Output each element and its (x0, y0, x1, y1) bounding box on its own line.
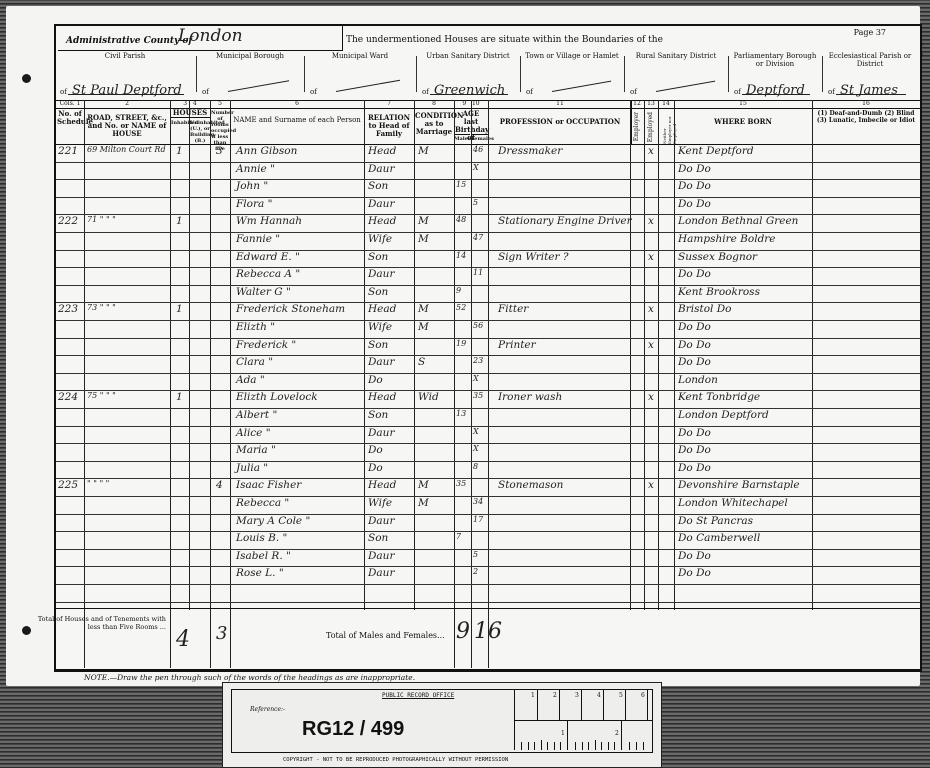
table-row: Clara "DaurS23Do Do (56, 355, 920, 374)
table-row: Frederick "Son19PrinterxDo Do (56, 338, 920, 357)
cell-rel: Daur (368, 515, 394, 527)
cell-rel: Head (368, 479, 396, 491)
col-schedule: Cols. 1 No. of Schedule (56, 100, 85, 144)
cell-cond: M (418, 497, 429, 509)
tenements-total: 3 (216, 623, 227, 644)
cell-cond: M (418, 479, 429, 491)
cell-cond: M (418, 233, 429, 245)
cell-sched: 225 (58, 479, 78, 491)
cell-born: Do St Pancras (678, 515, 753, 527)
cell-name: Mary A Cole " (236, 515, 310, 527)
cell-born: Do Do (678, 567, 711, 579)
cell-name: Edward E. " (236, 251, 300, 263)
cell-female: 5 (473, 198, 478, 207)
cell-rel: Head (368, 145, 396, 157)
cell-name: Ann Gibson (236, 145, 297, 157)
cell-name: Frederick Stoneham (236, 303, 345, 315)
cell-address: 71 " " " (87, 215, 116, 224)
table-row: Flora "Daur5Do Do (56, 197, 920, 216)
cell-name: Louis B. " (236, 532, 287, 544)
cell-born: Do Do (678, 444, 711, 456)
cell-born: Do Do (678, 163, 711, 175)
cell-occ: Stonemason (498, 479, 563, 491)
table-row: 22169 Milton Court Rd13Ann GibsonHeadM46… (56, 144, 920, 163)
cell-occ: Ironer wash (498, 391, 562, 403)
cell-rel: Daur (368, 427, 394, 439)
cell-rel: Daur (368, 268, 394, 280)
females-total: 16 (474, 619, 502, 644)
table-row: Maria "DoXDo Do (56, 443, 920, 462)
cell-emp: x (648, 479, 654, 491)
cell-female: X (473, 374, 479, 383)
table-row: Rebecca A "Daur11Do Do (56, 267, 920, 286)
cell-born: Do Camberwell (678, 532, 760, 544)
cell-born: Kent Tonbridge (678, 391, 760, 403)
punch-hole (22, 74, 31, 83)
table-row: Mary A Cole "Daur17Do St Pancras (56, 514, 920, 533)
cell-female: 34 (473, 497, 483, 506)
cell-inhab: 1 (176, 391, 183, 403)
cell-address: 73 " " " (87, 303, 116, 312)
cell-born: London Deptford (678, 409, 769, 421)
form-header: Administrative County of London The unde… (56, 26, 920, 52)
cell-cond: M (418, 145, 429, 157)
males-total: 9 (456, 619, 470, 644)
division-civil-parish: Civil Parish of St Paul Deptford (56, 52, 194, 100)
division-municipal-ward: Municipal Ward of (306, 52, 414, 100)
cell-male: 48 (456, 215, 466, 224)
cell-male: 35 (456, 479, 466, 488)
table-row: Rebecca "WifeM34London Whitechapel (56, 496, 920, 515)
cell-name: Flora " (236, 198, 272, 210)
cell-name: Ada " (236, 374, 265, 386)
cell-name: Rebecca A " (236, 268, 300, 280)
cell-occ: Printer (498, 339, 536, 351)
intro-text: The undermentioned Houses are situate wi… (346, 35, 663, 45)
cell-address: 69 Milton Court Rd (87, 145, 166, 154)
cell-female: 17 (473, 515, 483, 524)
cell-occ: Sign Writer ? (498, 251, 569, 263)
cell-cond: M (418, 303, 429, 315)
division-urban-sanitary-district: Urban Sanitary District of Greenwich (418, 52, 518, 100)
table-row: 22373 " " "1Frederick StonehamHeadM52Fit… (56, 302, 920, 321)
cell-rel: Do (368, 444, 383, 456)
cell-rel: Daur (368, 567, 394, 579)
cell-inhab: 1 (176, 145, 183, 157)
cell-female: 47 (473, 233, 483, 242)
cell-address: " " " " (87, 479, 109, 488)
table-row: Edward E. "Son14Sign Writer ?xSussex Bog… (56, 250, 920, 269)
cell-female: 23 (473, 356, 483, 365)
houses-total: 4 (176, 627, 190, 652)
cell-name: Elizth " (236, 321, 275, 333)
cell-rel: Head (368, 391, 396, 403)
table-row: Albert "Son13London Deptford (56, 408, 920, 427)
males-females-total-label: Total of Males and Females... (326, 631, 445, 640)
archive-office: PUBLIC RECORD OFFICE (382, 692, 454, 699)
cell-female: 5 (473, 550, 478, 559)
table-row: Walter G "Son9Kent Brookross (56, 285, 920, 304)
cell-inhab: 1 (176, 303, 183, 315)
cell-sched: 224 (58, 391, 78, 403)
cell-female: X (473, 163, 479, 172)
cell-name: Annie " (236, 163, 275, 175)
cell-name: Elizth Lovelock (236, 391, 318, 403)
division-municipal-borough: Municipal Borough of (198, 52, 302, 100)
cell-rel: Son (368, 409, 388, 421)
cell-rel: Daur (368, 550, 394, 562)
col-neither: 14 Neither Employer nor Employed (658, 100, 675, 144)
totals-row: Total of Houses and of Tenements with le… (56, 608, 920, 669)
col-where-born: 15 WHERE BORN (674, 100, 813, 144)
cell-born: Do Do (678, 462, 711, 474)
table-row: Fannie "WifeM47Hampshire Boldre (56, 232, 920, 251)
col-address: 2 ROAD, STREET, &c., and No. or NAME of … (84, 100, 171, 144)
cell-name: Fannie " (236, 233, 280, 245)
table-row: Alice "DaurXDo Do (56, 426, 920, 445)
division-town-village: Town or Village or Hamlet of (522, 52, 622, 100)
cell-male: 9 (456, 286, 461, 295)
cell-name: Clara " (236, 356, 273, 368)
table-row: Annie "DaurXDo Do (56, 162, 920, 181)
reference-label: Reference:- (250, 706, 285, 713)
col-employer: 12 Employer (630, 100, 645, 144)
col-employed: 13 Employed (644, 100, 659, 144)
cell-female: 11 (473, 268, 483, 277)
cell-born: Do Do (678, 180, 711, 192)
admin-county-value: London (178, 26, 243, 46)
cell-rel: Do (368, 462, 383, 474)
cell-name: Wm Hannah (236, 215, 302, 227)
cell-rel: Son (368, 251, 388, 263)
cell-born: Do Do (678, 427, 711, 439)
cell-born: Kent Brookross (678, 286, 760, 298)
cell-emp: x (648, 215, 654, 227)
cell-address: 75 " " " (87, 391, 116, 400)
cell-name: Albert " (236, 409, 277, 421)
cell-sched: 221 (58, 145, 78, 157)
cell-born: Do Do (678, 356, 711, 368)
archive-reference-strip: PUBLIC RECORD OFFICE Reference:- RG12 / … (222, 682, 662, 768)
cell-born: Do Do (678, 198, 711, 210)
division-rural-sanitary-district: Rural Sanitary District of (626, 52, 726, 100)
copyright-notice: COPYRIGHT - NOT TO BE REPRODUCED PHOTOGR… (283, 757, 508, 763)
admin-county: Administrative County of London (58, 26, 343, 51)
col-houses: 3 4 HOUSES Inhabited Uninhabited (U.), o… (170, 100, 211, 144)
cell-born: Hampshire Boldre (678, 233, 776, 245)
cell-male: 13 (456, 409, 466, 418)
division-parliamentary-borough: Parliamentary Borough or Division of Dep… (730, 52, 820, 100)
cell-male: 52 (456, 303, 466, 312)
cell-rel: Daur (368, 198, 394, 210)
cell-cond: S (418, 356, 425, 368)
cell-male: 19 (456, 339, 466, 348)
cell-born: London Whitechapel (678, 497, 788, 509)
cell-cond: Wid (418, 391, 439, 403)
cell-name: Julia " (236, 462, 268, 474)
cell-born: London Bethnal Green (678, 215, 798, 227)
cell-emp: x (648, 303, 654, 315)
admin-county-label: Administrative County of (66, 36, 192, 46)
table-row: 22475 " " "1Elizth LovelockHeadWid35Iron… (56, 390, 920, 409)
cell-name: Rebecca " (236, 497, 289, 509)
col-rooms: 5 Number of rooms occupied if less than … (210, 100, 231, 144)
cell-female: X (473, 444, 479, 453)
cell-emp: x (648, 145, 654, 157)
cell-rel: Do (368, 374, 383, 386)
cell-rel: Daur (368, 163, 394, 175)
cell-name: Alice " (236, 427, 271, 439)
table-row: Elizth "WifeM56Do Do (56, 320, 920, 339)
census-form: Administrative County of London The unde… (54, 24, 922, 672)
table-row: Rose L. "Daur2Do Do (56, 566, 920, 585)
cell-born: Do Do (678, 268, 711, 280)
cell-sched: 222 (58, 215, 78, 227)
division-ecclesiastical-parish: Ecclesiastical Parish or District of St … (824, 52, 916, 100)
reference-number: RG12 / 499 (302, 718, 404, 741)
cell-rel: Son (368, 532, 388, 544)
cell-name: Isabel R. " (236, 550, 291, 562)
cell-female: 35 (473, 391, 483, 400)
cell-rel: Daur (368, 356, 394, 368)
cell-born: Devonshire Barnstaple (678, 479, 800, 491)
cell-name: Maria " (236, 444, 276, 456)
census-page: 22 Administrative County of London The u… (6, 6, 920, 686)
cell-rel: Head (368, 303, 396, 315)
cell-born: Do Do (678, 550, 711, 562)
cell-rel: Wife (368, 233, 392, 245)
col-occupation: 11 PROFESSION or OCCUPATION (488, 100, 632, 144)
cell-name: Rose L. " (236, 567, 284, 579)
cell-born: Kent Deptford (678, 145, 754, 157)
cell-rel: Son (368, 339, 388, 351)
cell-inhab: 1 (176, 215, 183, 227)
cell-male: 7 (456, 532, 461, 541)
cell-name: Frederick " (236, 339, 296, 351)
form-note: NOTE.—Draw the pen through such of the w… (84, 673, 415, 682)
cell-name: John " (236, 180, 268, 192)
division-row: Civil Parish of St Paul Deptford Municip… (56, 52, 920, 101)
table-row-empty (56, 584, 920, 603)
cell-born: Bristol Do (678, 303, 731, 315)
cell-rel: Wife (368, 321, 392, 333)
cell-cond: M (418, 321, 429, 333)
cell-male: 14 (456, 251, 466, 260)
cell-born: Sussex Bognor (678, 251, 757, 263)
cell-female: 2 (473, 567, 478, 576)
table-row: Isabel R. "Daur5Do Do (56, 549, 920, 568)
cell-name: Walter G " (236, 286, 291, 298)
cell-male: 15 (456, 180, 466, 189)
cell-name: Isaac Fisher (236, 479, 301, 491)
cell-female: X (473, 427, 479, 436)
cell-rooms: 4 (216, 479, 223, 491)
cell-occ: Stationary Engine Driver (498, 215, 632, 227)
page-number: Page 37 (854, 28, 886, 37)
table-row: Louis B. "Son7Do Camberwell (56, 531, 920, 550)
cell-emp: x (648, 251, 654, 263)
cell-rooms: 3 (216, 145, 223, 157)
scale-ruler: 1 2 3 4 5 6 1 2 (514, 690, 653, 750)
col-condition: 8 CONDITION as to Marriage (414, 100, 455, 144)
cell-born: London (678, 374, 718, 386)
cell-emp: x (648, 391, 654, 403)
houses-total-label: Total of Houses and of Tenements with le… (26, 615, 166, 631)
cell-rel: Son (368, 180, 388, 192)
cell-born: Do Do (678, 321, 711, 333)
table-row: Julia "Do8Do Do (56, 461, 920, 480)
cell-rel: Son (368, 286, 388, 298)
cell-female: 8 (473, 462, 478, 471)
census-table: 22169 Milton Court Rd13Ann GibsonHeadM46… (56, 144, 920, 608)
table-row: 22271 " " "1Wm HannahHeadM48Stationary E… (56, 214, 920, 233)
cell-sched: 223 (58, 303, 78, 315)
cell-female: 56 (473, 321, 483, 330)
cell-female: 46 (473, 145, 483, 154)
cell-occ: Dressmaker (498, 145, 562, 157)
cell-cond: M (418, 215, 429, 227)
table-row: Ada "DoXLondon (56, 373, 920, 392)
col-name: 6 NAME and Surname of each Person (230, 100, 365, 144)
cell-occ: Fitter (498, 303, 528, 315)
col-infirmity: 16 (1) Deaf-and-Dumb (2) Blind (3) Lunat… (812, 100, 920, 144)
cell-born: Do Do (678, 339, 711, 351)
table-row: John "Son15Do Do (56, 179, 920, 198)
cell-emp: x (648, 339, 654, 351)
col-relation: 7 RELATION to Head of Family (364, 100, 415, 144)
table-row: 225" " " "4Isaac FisherHeadM35Stonemason… (56, 478, 920, 497)
cell-rel: Head (368, 215, 396, 227)
cell-rel: Wife (368, 497, 392, 509)
